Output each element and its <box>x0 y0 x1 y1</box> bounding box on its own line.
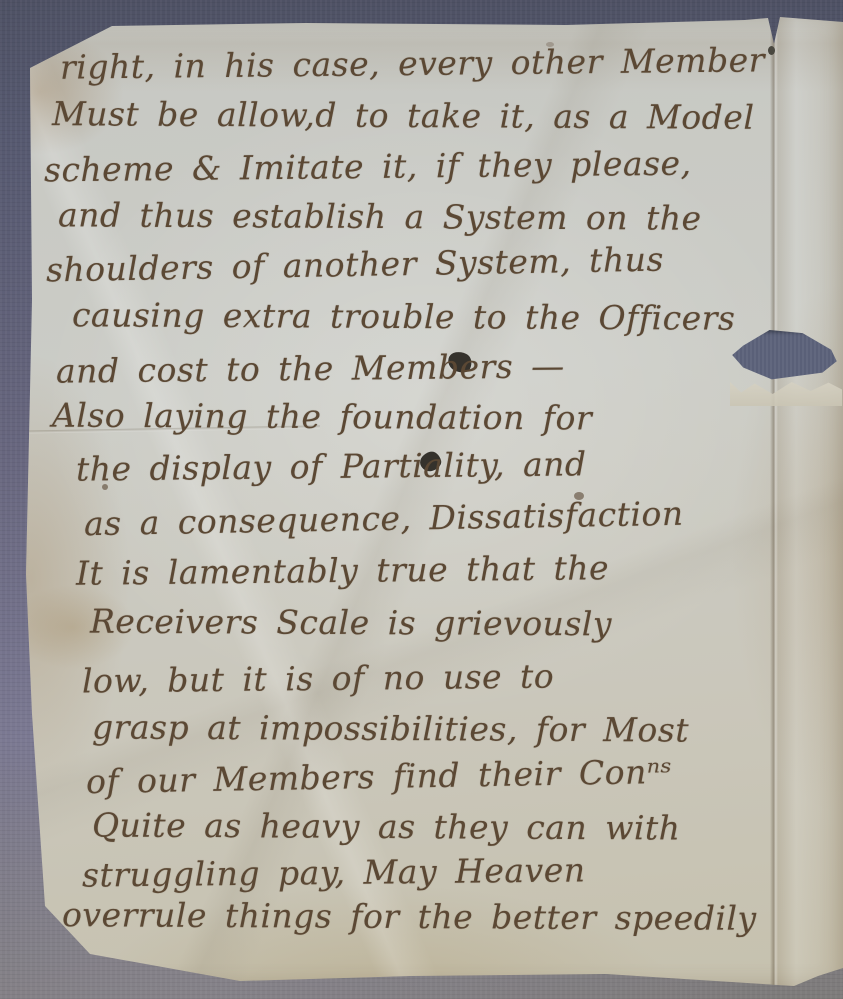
fold-notch-mark <box>768 46 775 55</box>
horizontal-crease <box>20 425 320 433</box>
vertical-fold-crease <box>770 14 778 987</box>
letter-paper <box>6 14 843 987</box>
photo-background: { "photo": { "subject": "aged handwritte… <box>0 0 843 999</box>
small-ink-hole <box>445 348 475 376</box>
fold-strip <box>776 14 843 987</box>
stain-speck <box>546 42 554 47</box>
ink-speck <box>102 484 108 490</box>
small-ink-hole <box>418 450 443 474</box>
ink-speck <box>574 492 584 500</box>
photo-scene: right, in his case, every other Member M… <box>0 0 843 999</box>
